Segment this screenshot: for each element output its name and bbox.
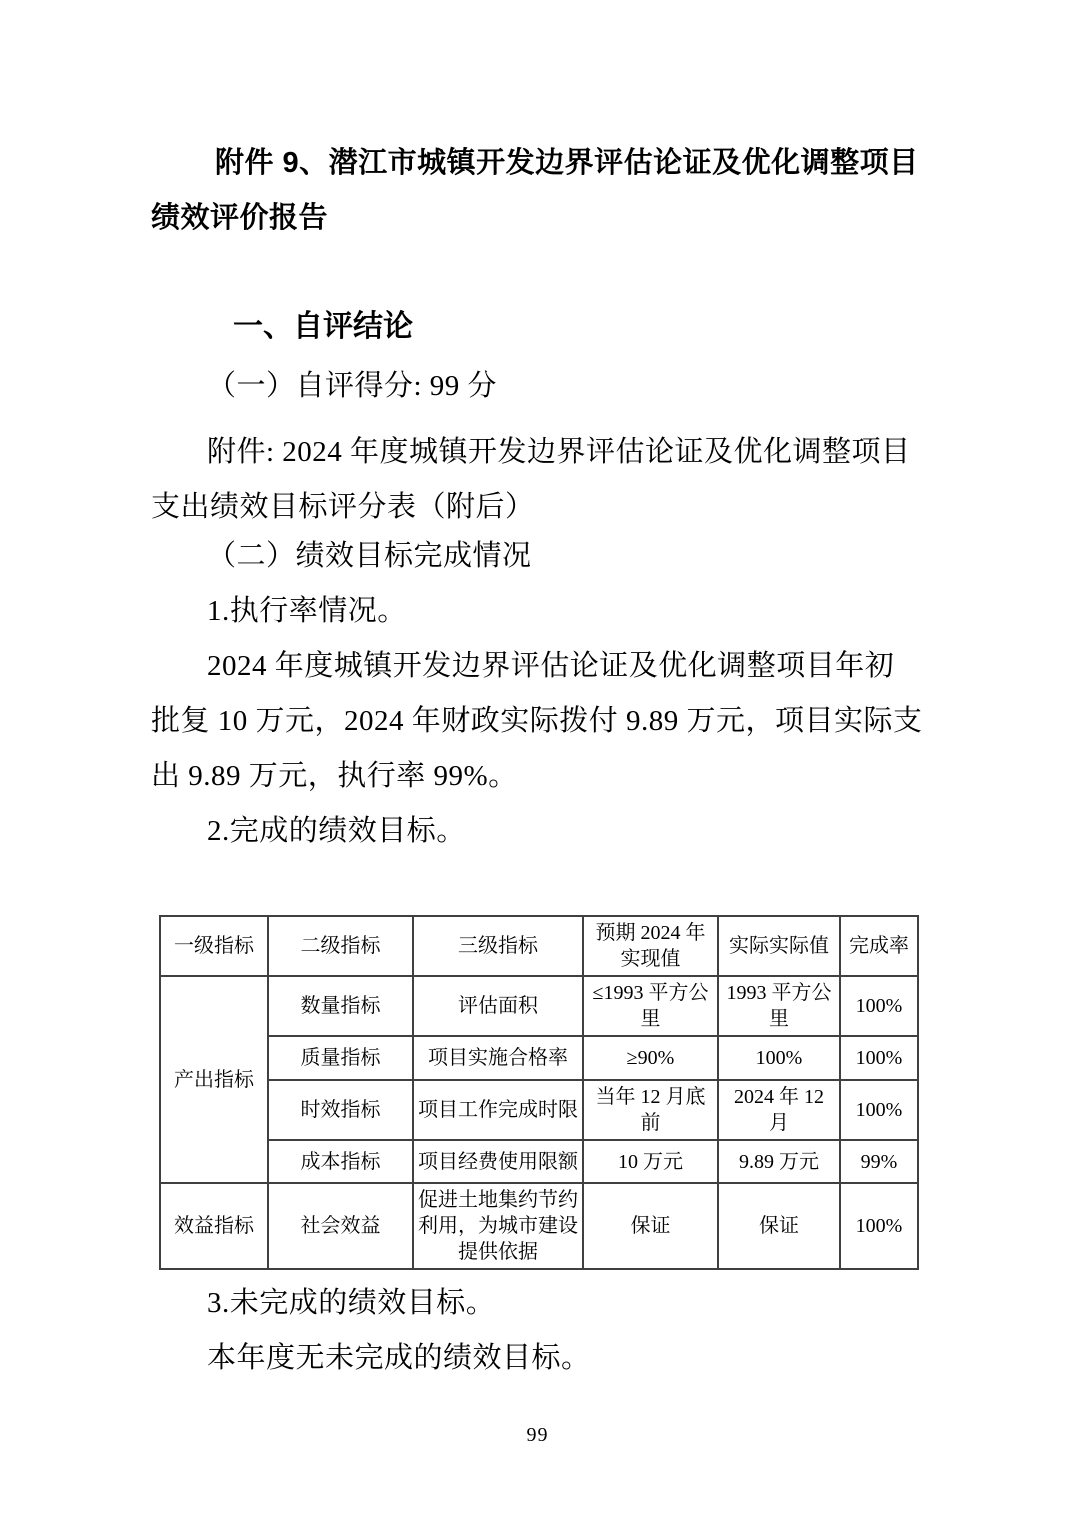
cell-quality-rate: 100% — [840, 1036, 918, 1080]
cell-level1-output: 产出指标 — [160, 976, 268, 1183]
cell-quantity-expected: ≤1993 平方公里 — [583, 976, 718, 1036]
cell-cost-level3: 项目经费使用限额 — [413, 1140, 583, 1183]
cell-time-actual: 2024 年 12 月 — [718, 1080, 840, 1140]
performance-indicators-table: 一级指标 二级指标 三级指标 预期 2024 年实现值 实际实际值 完成率 产出… — [159, 915, 919, 1270]
cell-quality-actual: 100% — [718, 1036, 840, 1080]
uncompleted-goals-label: 3.未完成的绩效目标。 — [151, 1276, 924, 1331]
cell-quality-expected: ≥90% — [583, 1036, 718, 1080]
uncompleted-goals-text: 本年度无未完成的绩效目标。 — [151, 1331, 924, 1386]
cell-quantity-actual: 1993 平方公里 — [718, 976, 840, 1036]
execution-line-1: 2024 年度城镇开发边界评估论证及优化调整项目年初 — [151, 639, 924, 694]
cell-quality-level3: 项目实施合格率 — [413, 1036, 583, 1080]
cell-time-level3: 项目工作完成时限 — [413, 1080, 583, 1140]
cell-benefit-expected: 保证 — [583, 1183, 718, 1269]
cell-quantity-rate: 100% — [840, 976, 918, 1036]
table-row-quantity: 产出指标 数量指标 评估面积 ≤1993 平方公里 1993 平方公里 100% — [160, 976, 918, 1036]
cell-quantity-level2: 数量指标 — [268, 976, 413, 1036]
col-header-level2: 二级指标 — [268, 916, 413, 976]
table-row-timeliness: 时效指标 项目工作完成时限 当年 12 月底前 2024 年 12 月 100% — [160, 1080, 918, 1140]
col-header-level3: 三级指标 — [413, 916, 583, 976]
table-row-benefit: 效益指标 社会效益 促进土地集约节约利用，为城市建设提供依据 保证 保证 100… — [160, 1183, 918, 1269]
cell-benefit-actual: 保证 — [718, 1183, 840, 1269]
title-line-2: 绩效评价报告 — [151, 191, 924, 246]
table-header-row: 一级指标 二级指标 三级指标 预期 2024 年实现值 实际实际值 完成率 — [160, 916, 918, 976]
cell-time-level2: 时效指标 — [268, 1080, 413, 1140]
cell-benefit-level3: 促进土地集约节约利用，为城市建设提供依据 — [413, 1183, 583, 1269]
attachment-line-1: 附件: 2024 年度城镇开发边界评估论证及优化调整项目 — [151, 425, 924, 480]
title-line-1: 附件 9、潜江市城镇开发边界评估论证及优化调整项目 — [151, 136, 924, 191]
attachment-line-2: 支出绩效目标评分表（附后） — [151, 480, 924, 535]
document-title: 附件 9、潜江市城镇开发边界评估论证及优化调整项目 绩效评价报告 — [151, 136, 924, 246]
col-header-rate: 完成率 — [840, 916, 918, 976]
cell-benefit-rate: 100% — [840, 1183, 918, 1269]
attachment-paragraph: 附件: 2024 年度城镇开发边界评估论证及优化调整项目 支出绩效目标评分表（附… — [151, 425, 924, 535]
execution-rate-label: 1.执行率情况。 — [151, 584, 924, 639]
completed-goals-label: 2.完成的绩效目标。 — [151, 804, 924, 859]
cell-benefit-level2: 社会效益 — [268, 1183, 413, 1269]
self-score-paragraph: （一）自评得分: 99 分 — [151, 359, 924, 414]
cell-quality-level2: 质量指标 — [268, 1036, 413, 1080]
execution-line-3: 出 9.89 万元，执行率 99%。 — [151, 749, 924, 804]
cell-time-expected: 当年 12 月底前 — [583, 1080, 718, 1140]
execution-line-2: 批复 10 万元，2024 年财政实际拨付 9.89 万元，项目实际支 — [151, 694, 924, 749]
execution-rate-paragraph: 2024 年度城镇开发边界评估论证及优化调整项目年初 批复 10 万元，2024… — [151, 639, 924, 804]
document-page: 附件 9、潜江市城镇开发边界评估论证及优化调整项目 绩效评价报告 一、自评结论 … — [0, 0, 1074, 1520]
cell-time-rate: 100% — [840, 1080, 918, 1140]
table-row-quality: 质量指标 项目实施合格率 ≥90% 100% 100% — [160, 1036, 918, 1080]
page-number: 99 — [151, 1424, 924, 1447]
cell-level1-benefit: 效益指标 — [160, 1183, 268, 1269]
cell-cost-level2: 成本指标 — [268, 1140, 413, 1183]
cell-cost-expected: 10 万元 — [583, 1140, 718, 1183]
table-row-cost: 成本指标 项目经费使用限额 10 万元 9.89 万元 99% — [160, 1140, 918, 1183]
cell-cost-rate: 99% — [840, 1140, 918, 1183]
section-heading-self-evaluation: 一、自评结论 — [151, 299, 924, 354]
col-header-expected: 预期 2024 年实现值 — [583, 916, 718, 976]
cell-quantity-level3: 评估面积 — [413, 976, 583, 1036]
section-heading-goal-completion: （二）绩效目标完成情况 — [151, 529, 924, 584]
cell-cost-actual: 9.89 万元 — [718, 1140, 840, 1183]
col-header-level1: 一级指标 — [160, 916, 268, 976]
col-header-actual: 实际实际值 — [718, 916, 840, 976]
